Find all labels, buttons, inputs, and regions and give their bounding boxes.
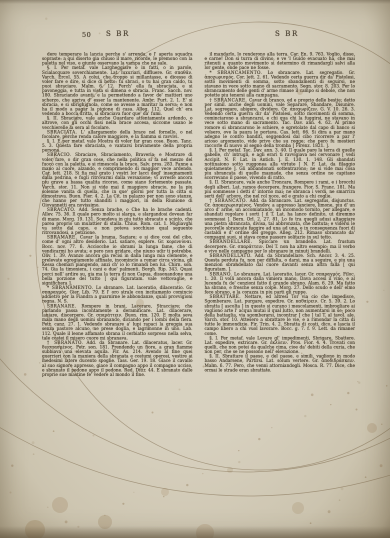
foxing-spot [383, 290, 384, 291]
entry-continuation: §. II. Sbrattare il paese, e del paese, … [205, 354, 356, 372]
foxing-spot [7, 278, 9, 280]
foxing-spot [357, 381, 358, 382]
entry-headword: SBRATTARE. [210, 294, 245, 299]
text-column-right: il mandarlo, lo renderono alla terra. Ca… [205, 52, 356, 428]
dictionary-entry: SBRATTARE. Nettare, ed altresi Tor via c… [205, 295, 356, 336]
scan-canvas: { "page": { "paper_color": "#d7d0be", "i… [0, 0, 390, 538]
foxing-spot [11, 465, 13, 467]
entry-continuation: §. I. Per metaf. vale Levare gl' impedim… [205, 336, 356, 354]
entry-headword: SBRANARE. [47, 303, 81, 308]
dictionary-entry: SBRANARE. Rompere in brani, Lacerare, St… [42, 304, 193, 341]
foxing-spot [93, 435, 95, 437]
dictionary-entry: SBRANDELLATO. Add. da Sbrandellare. Sch.… [205, 253, 356, 271]
entry-continuation: dere temperare la lancia perche s' arren… [42, 52, 193, 66]
dictionary-entry: † SBRANCATO. Add. da Sbrancare. Lat. seg… [205, 199, 356, 240]
entry-headword: SBRAMARE. [47, 235, 80, 240]
dictionary-entry: † SBRANCARE. Cavar di branco, ed e propr… [205, 98, 356, 148]
entry-headword: SBRANDELLARE. [210, 239, 259, 244]
foxing-spot [32, 441, 35, 444]
entry-headword: SBRACIO. [47, 152, 75, 157]
foxing-spot [381, 424, 382, 425]
dictionary-entry: SBRACATO. Add. Senza brache, o Che ha le… [42, 208, 193, 235]
foxing-spot [122, 503, 124, 505]
foxing-spot [39, 362, 40, 363]
entry-headword: † SBRANCATO. [210, 198, 250, 203]
foxing-spot [386, 385, 387, 386]
running-head-left: S BR [106, 30, 130, 38]
foxing-spot [328, 510, 331, 513]
foxing-spot [366, 301, 368, 303]
dictionary-entry: SBRAMARE. Cavar la brama, Saziare; e si … [42, 235, 193, 285]
foxing-spot [10, 492, 12, 494]
foxing-spot [365, 451, 366, 452]
foxing-spot [238, 461, 240, 463]
entry-headword: SBRACIATA. [47, 129, 81, 134]
scanned-page: 50 S BR S BR dere temperare la lancia pe… [0, 0, 390, 538]
foxing-spot [104, 515, 105, 516]
foxing-spot [310, 522, 312, 524]
dictionary-entry: † SBRANATO. Add. da Sbranare. Lat. dilac… [42, 340, 193, 377]
foxing-spot [341, 487, 344, 490]
foxing-spot [258, 438, 260, 440]
dictionary-entry: * SBRANAMENTO. Lo sbranare. Lat. lacerat… [42, 285, 193, 303]
entry-continuation: §. II. Sbrancare, vale anche Troncare, R… [205, 180, 356, 198]
foxing-spot [53, 430, 55, 432]
foxing-spot [47, 507, 48, 508]
foxing-spot [29, 255, 31, 257]
foxing-spot [238, 450, 239, 451]
entry-headword: SBRANO. [210, 271, 235, 276]
dictionary-entry: SBRACIO. Sbraciare, Sbraciamento, Braver… [42, 153, 193, 208]
text-column-left: dere temperare la lancia perche s' arren… [42, 52, 193, 428]
foxing-spot [339, 499, 341, 501]
foxing-spot [24, 373, 27, 376]
entry-continuation: §. II. Sbraciare, vale anche Guardare at… [42, 116, 193, 130]
running-head-right: S BR [275, 30, 299, 38]
foxing-spot [77, 526, 79, 528]
foxing-spot [358, 382, 360, 384]
entry-headword: * SBRANAMENTO. [47, 285, 96, 290]
entry-continuation: §. I. Per metaf. Tac. Dav. ann. 3. 40. I… [205, 148, 356, 180]
dictionary-entry: SBRANDELLARE. Spiccare un brandello. Lat… [205, 240, 356, 254]
foxing-spot [37, 267, 38, 268]
foxing-spot [33, 453, 35, 455]
foxing-spot [380, 464, 383, 467]
entry-continuation: §. I. Per metaf. vale Largheggiare o in … [42, 66, 193, 116]
foxing-spot [133, 492, 134, 493]
dictionary-entry: * SBRANCAMENTO. Lo sbrancare. Lat. segre… [205, 70, 356, 97]
entry-headword: † SBRANATO. [47, 340, 87, 345]
entry-headword: SBRACATO. [47, 207, 79, 212]
page-number: 50 [82, 31, 91, 39]
foxing-spot [365, 476, 367, 478]
text-block: dere temperare la lancia perche s' arren… [42, 52, 356, 430]
dictionary-entry: SBRANO. Lo sbranare. Lat. laceratio, lac… [205, 272, 356, 295]
page-header: 50 S BR S BR [0, 0, 390, 46]
foxing-spot [65, 521, 68, 524]
foxing-spot [163, 496, 164, 497]
entry-headword: SBRANDELLATO. [210, 253, 255, 258]
foxing-spot [202, 473, 203, 474]
entry-headword: † SBRANCARE. [210, 97, 250, 102]
entry-continuation: il mandarlo, lo renderono alla terra. Ca… [205, 52, 356, 70]
entry-continuation: §. I. E per metaf. vale Mostra di voler … [42, 139, 193, 153]
entry-headword: * SBRANCAMENTO. [210, 70, 268, 75]
foxing-spot [186, 484, 188, 486]
